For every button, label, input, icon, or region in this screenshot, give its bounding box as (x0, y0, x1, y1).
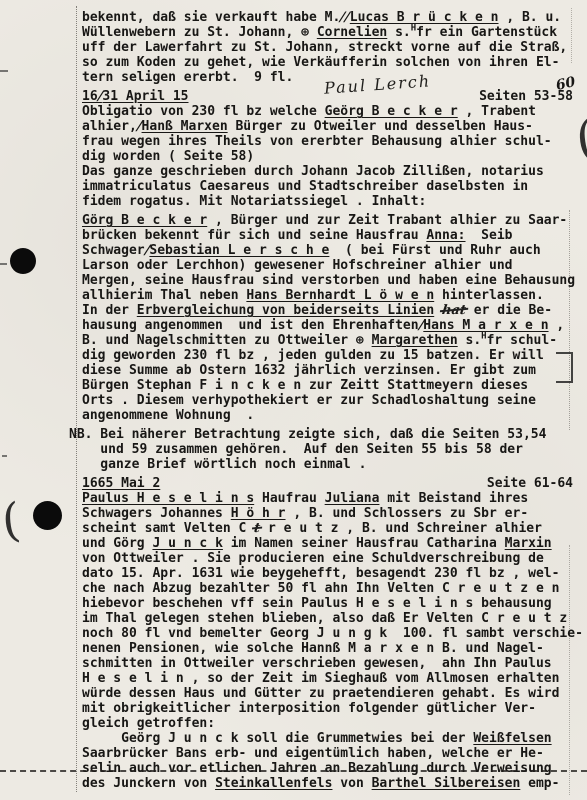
text-line: Orts . Diesem verhypothekiert er zur Sch… (82, 393, 581, 408)
punch-hole (33, 501, 62, 530)
text-line: NB. Bei näherer Betrachtung zeigte sich,… (69, 427, 581, 442)
text-line: Wüllenwebern zu St. Johann, ⊕ Cornelien … (82, 25, 581, 40)
text-line: Mergen, seine Hausfrau sind verstorben u… (82, 273, 581, 288)
text-line: Görg B e c k e r , Bürger und zur Zeit T… (82, 213, 581, 228)
entry-1665-body: Paulus H e s e l i n s Haufrau Juliana m… (82, 491, 581, 791)
text-line: Larson oder Lerchhon) gewesener Hofschre… (82, 258, 581, 273)
text-line: Paulus H e s e l i n s Haufrau Juliana m… (82, 491, 581, 506)
text-line: brücken bekennt für sich und seine Hausf… (82, 228, 581, 243)
text-line: von Ottweiler . Sie producieren eine Sch… (82, 551, 581, 566)
text-line: In der Erbvergleichung von beiderseits L… (82, 303, 581, 318)
nb-note-paragraph: NB. Bei näherer Betrachtung zeigte sich,… (69, 427, 581, 472)
text-line: nenen Pensionen, wie solche Hannß M a r … (82, 641, 581, 656)
entry-1665-date: 1665 Mai 2 (82, 476, 160, 491)
text-line: mit obrigkeitlicher interposition folgen… (82, 701, 581, 716)
scan-artifact (0, 263, 7, 265)
entry-1665-header: 1665 Mai 2 Seite 61-64 (82, 476, 581, 491)
intro-paragraph: bekennt, daß sie verkauft habe M.//Lucas… (82, 10, 581, 85)
text-line: alhier,/Hanß Marxen Bürger zu Otweiler u… (82, 119, 581, 134)
text-line: 16/31 April 15 (82, 89, 189, 104)
text-line: im Thal gelegen stehen blieben, also daß… (82, 611, 581, 626)
text-line: selin auch vor etlichen Jahren an Bezahl… (82, 761, 581, 776)
text-line: H e s e l i n , so der Zeit im Sieghauß … (82, 671, 581, 686)
text-line: immatriculatus Caesareus und Stadtschrei… (82, 179, 581, 194)
text-line: diese Summe ab Ostern 1632 jährlich verz… (82, 363, 581, 378)
text-line: dato 15. Apr. 1631 wie beygehefft, besag… (82, 566, 581, 581)
text-line: Schwagers Johannes H ö h r , B. und Schl… (82, 506, 581, 521)
text-line: 1665 Mai 2 (82, 476, 160, 491)
text-line: würde dessen Haus und Gütter zu praetend… (82, 686, 581, 701)
text-line: schmitten in Ottweiler verschrieben gewe… (82, 656, 581, 671)
entry-1631-pages: Seiten 53-5860 (479, 89, 581, 104)
text-line: noch 80 fl vnd bemelter Georg J u n g k … (82, 626, 581, 641)
text-line: dig worden ( Seite 58) (82, 149, 581, 164)
text-line: Bürgen Stephan F i n c k e n zur Zeitt S… (82, 378, 581, 393)
text-line: ganze Brief wörtlich noch einmal . (69, 457, 581, 472)
scanned-document-page: bekennt, daß sie verkauft habe M.//Lucas… (0, 0, 587, 800)
entry-1631-body: Obligatio von 230 fl bz welche Geörg B e… (82, 104, 581, 209)
text-line: Schwager/Sebastian L e r s c h e ( bei F… (82, 243, 581, 258)
text-line: angenommene Wohnung . (82, 408, 581, 423)
page-cutoff-dashed-line (0, 770, 587, 772)
text-line: hiebevor beschehen vff sein Paulus H e s… (82, 596, 581, 611)
text-line: frau wegen ihres Theils von ererbter Beh… (82, 134, 581, 149)
text-line: Das ganze geschrieben durch Johann Jacob… (82, 164, 581, 179)
handwritten-annotation: Paul Lerch (324, 73, 432, 95)
text-line: und 59 zusammen gehören. Auf den Seiten … (69, 442, 581, 457)
text-line: Obligatio von 230 fl bz welche Geörg B e… (82, 104, 581, 119)
text-line: scheint samt Velten C t r e u t z , B. u… (82, 521, 581, 536)
text-line: che nach Abzug bezahlter 50 fl ahn Ihn V… (82, 581, 581, 596)
text-line: dig geworden 230 fl bz , jeden gulden zu… (82, 348, 581, 363)
becker-paragraph: Görg B e c k e r , Bürger und zur Zeit T… (82, 213, 581, 423)
text-line: so zum Koden zu gehet, wie Verkäufferin … (82, 55, 581, 70)
text-line: uff der Lawerfahrt zu St. Johann, streck… (82, 40, 581, 55)
text-line: Geörg J u n c k soll die Grummetwies bei… (82, 731, 581, 746)
text-line: gleich getroffen: (82, 716, 581, 731)
handwritten-page-correction: 60 (554, 75, 576, 94)
text-line: fidem rogatus. Mit Notariatssiegel . Inh… (82, 194, 581, 209)
punch-hole (10, 248, 36, 274)
text-line: allhierim Thal neben Hans Bernhardt L ö … (82, 288, 581, 303)
entry-1631-header: 16/31 April 15 Paul Lerch Seiten 53-5860 (82, 89, 581, 104)
text-line: und Görg J u n c k im Namen seiner Hausf… (82, 536, 581, 551)
text-line: bekennt, daß sie verkauft habe M.//Lucas… (82, 10, 581, 25)
scan-artifact (2, 455, 7, 457)
entry-1631-date: 16/31 April 15 (82, 89, 189, 104)
entry-1665-pages: Seite 61-64 (487, 476, 581, 491)
scan-artifact (0, 70, 8, 72)
text-line: hausung angenommen und ist den Ehrenhaft… (82, 318, 581, 333)
text-line: Saarbrücker Bans erb- und eigentümlich h… (82, 746, 581, 761)
text-line: B. und Nagelschmitten zu Ottweiler ⊕ Mar… (82, 333, 581, 348)
handwritten-margin-bracket (556, 352, 573, 383)
text-line: des Junckern von Steinkallenfels von Bar… (82, 776, 581, 791)
